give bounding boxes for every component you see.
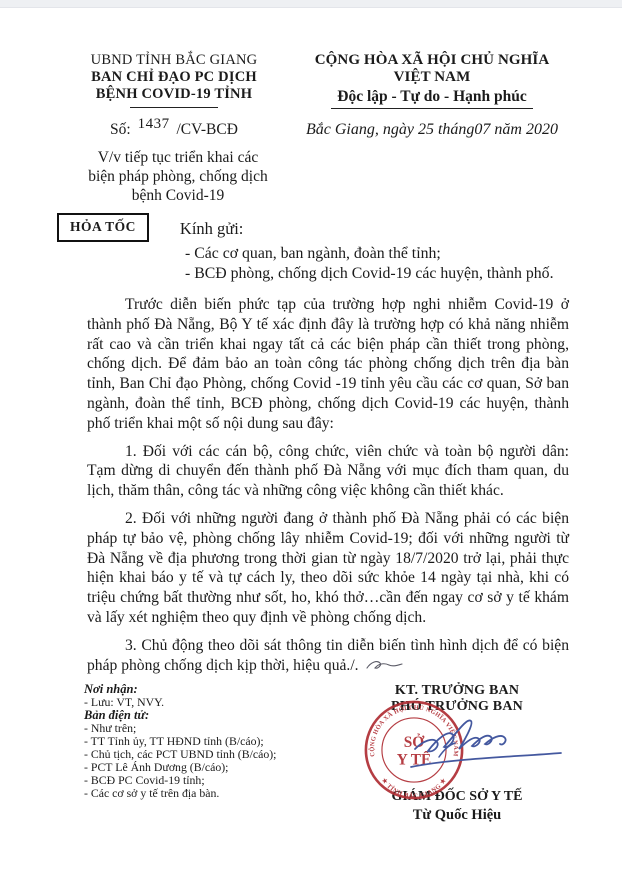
document-body: Trước diễn biến phức tạp của trường hợp … [87,295,569,675]
signature-block: KT. TRƯỞNG BAN PHÓ TRƯỞNG BAN GIÁM ĐỐC S… [349,683,565,824]
body-paragraph-item1: 1. Đối với các cán bộ, công chức, viên c… [87,442,569,501]
urgency-stamp-box: HỎA TỐC [57,213,149,242]
recipient-line: - Các cơ quan, ban ngành, đoàn thể tỉnh; [185,244,565,264]
distribution-line: - Các cơ sở y tế trên địa bàn. [84,787,349,800]
subject-line: V/v tiếp tục triển khai các [69,148,287,167]
salutation-label: Kính gửi: [180,219,244,239]
document-number: Số: 1437 /CV-BCĐ [57,121,291,139]
number-label: Số: [110,121,131,138]
agency-name-line2: BỆNH COVID-19 TỈNH [57,86,291,103]
national-motto: Độc lập - Tự do - Hạnh phúc [331,87,532,109]
document-page: UBND TỈNH BẮC GIANG BAN CHỈ ĐẠO PC DỊCH … [0,8,622,878]
salutation-row: HỎA TỐC Kính gửi: [57,213,565,242]
document-header: UBND TỈNH BẮC GIANG BAN CHỈ ĐẠO PC DỊCH … [57,52,565,109]
body-paragraph-item2: 2. Đối với những người đang ở thành phố … [87,509,569,628]
issuing-agency-block: UBND TỈNH BẮC GIANG BAN CHỈ ĐẠO PC DỊCH … [57,52,291,109]
subject-line: biện pháp phòng, chống dịch [69,167,287,186]
scan-edge-strip [0,0,622,8]
number-suffix: /CV-BCĐ [176,121,237,138]
signer-name: Từ Quốc Hiệu [349,807,565,824]
subject-line: bệnh Covid-19 [69,186,287,205]
place-date-line: Bắc Giang, ngày 25 tháng07 năm 2020 [291,121,565,139]
agency-name-line1: BAN CHỈ ĐẠO PC DỊCH [57,69,291,86]
body-paragraph-item3: 3. Chủ động theo dõi sát thông tin diễn … [87,636,569,676]
agency-parent: UBND TỈNH BẮC GIANG [57,52,291,69]
signer-authority-line: KT. TRƯỞNG BAN [349,683,565,699]
recipient-line: - BCĐ phòng, chống dịch Covid-19 các huy… [185,264,565,284]
handwritten-initial-mark [365,659,403,672]
national-title: CỘNG HÒA XÃ HỘI CHỦ NGHĨA VIỆT NAM [299,52,565,86]
subject-block: V/v tiếp tục triển khai các biện pháp ph… [69,148,287,205]
body-paragraph-intro: Trước diễn biến phức tạp của trường hợp … [87,295,569,434]
document-footer: Nơi nhận: - Lưu: VT, NVY. Bản điện tử: -… [57,683,565,824]
handwritten-signature [409,715,569,783]
recipient-list: - Các cơ quan, ban ngành, đoàn thể tỉnh;… [185,244,565,284]
number-value: 1437 [135,116,173,132]
national-header-block: CỘNG HÒA XÃ HỘI CHỦ NGHĨA VIỆT NAM Độc l… [291,52,565,109]
agency-underline [130,107,218,108]
body-paragraph-item3-text: 3. Chủ động theo dõi sát thông tin diễn … [87,637,569,674]
distribution-block: Nơi nhận: - Lưu: VT, NVY. Bản điện tử: -… [84,683,349,824]
number-date-row: Số: 1437 /CV-BCĐ Bắc Giang, ngày 25 thán… [57,121,565,139]
